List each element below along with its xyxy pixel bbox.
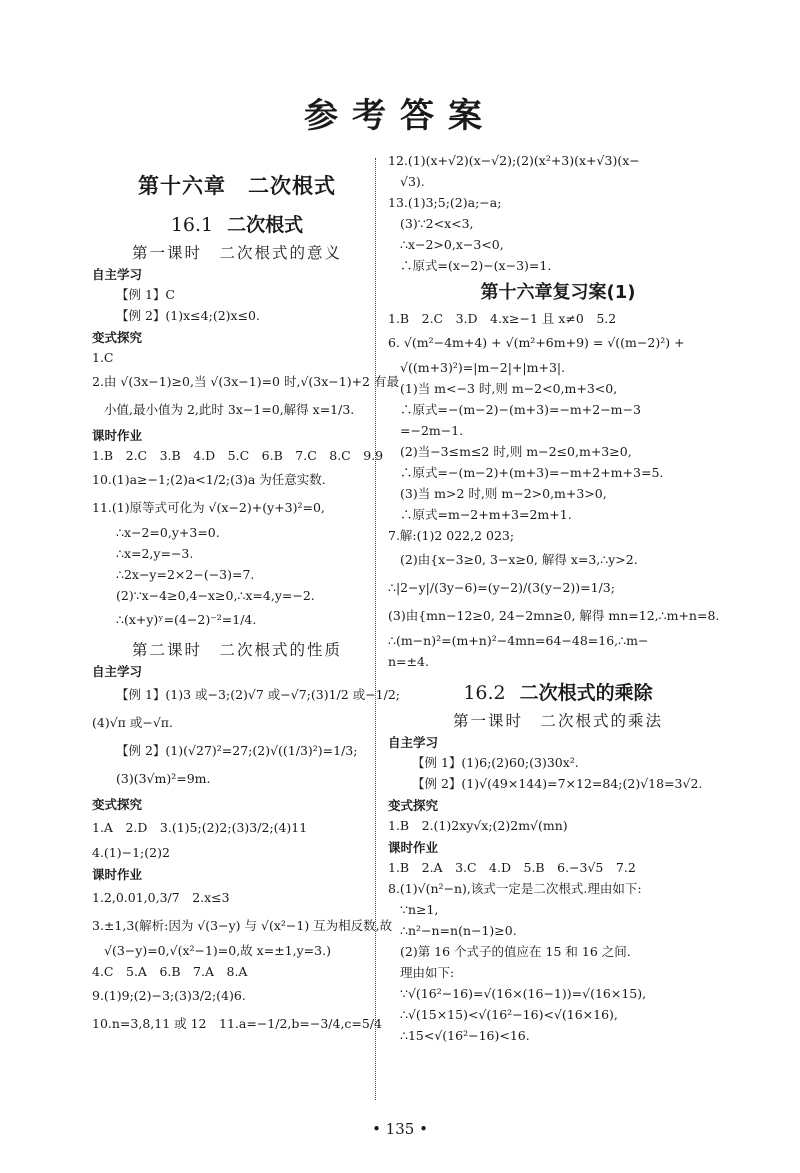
section-title: 二次根式的乘除 [520, 682, 653, 704]
answer-line: ∴原式=(x−2)−(x−3)=1. [388, 255, 728, 276]
answer-line: 1.C [92, 347, 382, 368]
section-number: 16.1 [171, 214, 213, 236]
answer-line: 1.2,0.01,0,3/7 2.x≤3 [92, 884, 382, 912]
answer-line: =−2m−1. [388, 420, 728, 441]
answer-line: ∵√(16²−16)=√(16×(16−1))=√(16×15), [388, 983, 728, 1004]
answer-line: 【例 1】C [92, 284, 382, 305]
subheading-zizhu: 自主学习 [92, 265, 382, 283]
answer-line: 小值,最小值为 2,此时 3x−1=0,解得 x=1/3. [92, 396, 382, 424]
answer-line: ∴|2−y|/(3y−6)=(y−2)/(3(y−2))=1/3; [388, 574, 728, 602]
answer-line: 【例 2】(1)(√27)²=27;(2)√((1/3)²)=1/3; [92, 737, 382, 765]
answer-line: ∴x=2,y=−3. [92, 543, 382, 564]
answer-line: (4)√π 或−√π. [92, 709, 382, 737]
review-title: 第十六章复习案(1) [388, 278, 728, 304]
answer-line: ∴原式=m−2+m+3=2m+1. [388, 504, 728, 525]
right-column: 12.(1)(x+√2)(x−√2);(2)(x²+3)(x+√3)(x− √3… [388, 150, 728, 1046]
answer-line: √((m+3)²)=|m−2|+|m+3|. [388, 357, 728, 378]
answer-line: 9.(1)9;(2)−3;(3)3/2;(4)6. [92, 982, 382, 1010]
subheading-bianshi: 变式探究 [92, 795, 382, 813]
section-heading: 16.2二次根式的乘除 [388, 678, 728, 705]
answer-line: ∴2x−y=2×2−(−3)=7. [92, 564, 382, 585]
answer-line: 【例 2】(1)√(49×144)=7×12=84;(2)√18=3√2. [388, 773, 728, 794]
answer-line: 1.A 2.D 3.(1)5;(2)2;(3)3/2;(4)11 [92, 814, 382, 842]
chapter-title: 第十六章 二次根式 [92, 170, 382, 200]
section-title: 二次根式 [227, 214, 303, 236]
subheading-bianshi: 变式探究 [388, 796, 728, 814]
answer-line: 1.B 2.(1)2xy√x;(2)2m√(mn) [388, 815, 728, 836]
answer-line: ∴15<√(16²−16)<16. [388, 1025, 728, 1046]
answer-line: ∴(x+y)ʸ=(4−2)⁻²=1/4. [92, 606, 382, 634]
answer-line: 【例 1】(1)3 或−3;(2)√7 或−√7;(3)1/2 或−1/2; [92, 681, 382, 709]
answer-line: ∴x−2>0,x−3<0, [388, 234, 728, 255]
answer-line: ∴√(15×15)<√(16²−16)<√(16×16), [388, 1004, 728, 1025]
section-heading: 16.1二次根式 [92, 210, 382, 237]
answer-line: ∵n≥1, [388, 899, 728, 920]
answer-line: (2)∵x−4≥0,4−x≥0,∴x=4,y=−2. [92, 585, 382, 606]
answer-line: n=±4. [388, 651, 728, 672]
answer-line: (2)第 16 个式子的值应在 15 和 16 之间. [388, 941, 728, 962]
answer-line: 7.解:(1)2 022,2 023; [388, 525, 728, 546]
answer-line: 12.(1)(x+√2)(x−√2);(2)(x²+3)(x+√3)(x− [388, 150, 728, 171]
subheading-keshi: 课时作业 [92, 865, 382, 883]
answer-line: 1.B 2.C 3.B 4.D 5.C 6.B 7.C 8.C 9.9 [92, 445, 382, 466]
answer-line: ∴原式=−(m−2)−(m+3)=−m+2−m−3 [388, 399, 728, 420]
answer-line: 8.(1)√(n²−n),该式一定是二次根式.理由如下: [388, 878, 728, 899]
answer-line: 4.C 5.A 6.B 7.A 8.A [92, 961, 382, 982]
answer-line: ∴x−2=0,y+3=0. [92, 522, 382, 543]
subheading-zizhu: 自主学习 [388, 733, 728, 751]
subheading-zizhu: 自主学习 [92, 662, 382, 680]
page-number: • 135 • [0, 1120, 800, 1138]
answer-line: 3.±1,3(解析:因为 √(3−y) 与 √(x²−1) 互为相反数,故 [92, 912, 382, 940]
answer-line: ∴原式=−(m−2)+(m+3)=−m+2+m+3=5. [388, 462, 728, 483]
answer-line: ∴(m−n)²=(m+n)²−4mn=64−48=16,∴m− [388, 630, 728, 651]
answer-line: 1.B 2.A 3.C 4.D 5.B 6.−3√5 7.2 [388, 857, 728, 878]
answer-line: (3)(3√m)²=9m. [92, 765, 382, 793]
answer-line: 理由如下: [388, 962, 728, 983]
subheading-bianshi: 变式探究 [92, 328, 382, 346]
answer-line: (3)当 m>2 时,则 m−2>0,m+3>0, [388, 483, 728, 504]
lesson-title: 第一课时 二次根式的意义 [92, 241, 382, 263]
answer-line: √3). [388, 171, 728, 192]
answer-line: (2)由{x−3≥0, 3−x≥0, 解得 x=3,∴y>2. [388, 546, 728, 574]
answer-line: √(3−y)=0,√(x²−1)=0,故 x=±1,y=3.) [92, 940, 382, 961]
answer-line: 13.(1)3;5;(2)a;−a; [388, 192, 728, 213]
answer-line: 2.由 √(3x−1)≥0,当 √(3x−1)=0 时,√(3x−1)+2 有最 [92, 368, 382, 396]
answer-line: 1.B 2.C 3.D 4.x≥−1 且 x≠0 5.2 [388, 308, 728, 329]
answer-line: 10.n=3,8,11 或 12 11.a=−1/2,b=−3/4,c=5/4 [92, 1010, 382, 1038]
answer-line: (3)由{mn−12≥0, 24−2mn≥0, 解得 mn=12,∴m+n=8. [388, 602, 728, 630]
answer-line: 10.(1)a≥−1;(2)a<1/2;(3)a 为任意实数. [92, 466, 382, 494]
subheading-keshi: 课时作业 [92, 426, 382, 444]
lesson-title: 第一课时 二次根式的乘法 [388, 709, 728, 731]
lesson-title: 第二课时 二次根式的性质 [92, 638, 382, 660]
answer-line: 【例 1】(1)6;(2)60;(3)30x². [388, 752, 728, 773]
answer-line: 4.(1)−1;(2)2 [92, 842, 382, 863]
section-number: 16.2 [463, 682, 505, 704]
answer-line: ∴n²−n=n(n−1)≥0. [388, 920, 728, 941]
answer-line: 6. √(m²−4m+4) + √(m²+6m+9) = √((m−2)²) + [388, 329, 728, 357]
subheading-keshi: 课时作业 [388, 838, 728, 856]
answer-line: 【例 2】(1)x≤4;(2)x≤0. [92, 305, 382, 326]
answer-line: (3)∵2<x<3, [388, 213, 728, 234]
answer-line: (2)当−3≤m≤2 时,则 m−2≤0,m+3≥0, [388, 441, 728, 462]
answer-line: 11.(1)原等式可化为 √(x−2)+(y+3)²=0, [92, 494, 382, 522]
page-title: 参考答案 [0, 88, 800, 137]
left-column: 第十六章 二次根式 16.1二次根式 第一课时 二次根式的意义 自主学习 【例 … [92, 150, 382, 1038]
answer-line: (1)当 m<−3 时,则 m−2<0,m+3<0, [388, 378, 728, 399]
